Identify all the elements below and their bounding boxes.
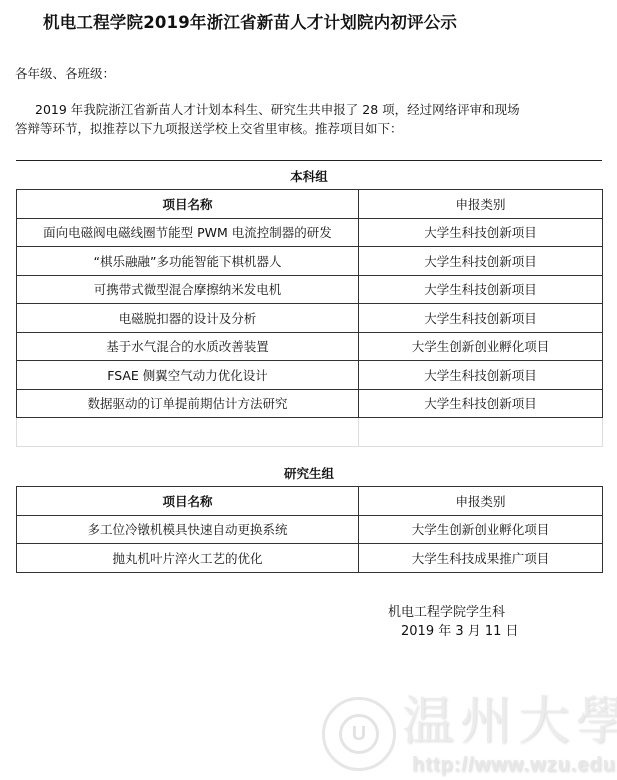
empty-row — [17, 418, 603, 447]
table-header-row: 项目名称 申报类别 — [17, 487, 603, 516]
table-row: 抛丸机叶片淬火工艺的优化 大学生科技成果推广项目 — [17, 544, 603, 573]
watermark-url: http://www.wzu.edu.cn — [412, 754, 617, 777]
divider — [16, 160, 602, 161]
intro-line-1: 2019 年我院浙江省新苗人才计划本科生、研究生共申报了 28 项，经过网络评审… — [15, 100, 535, 119]
watermark-name: 温州大學 — [402, 692, 617, 752]
graduate-heading: 研究生组 — [16, 464, 602, 482]
project-category: 大学生科技创新项目 — [359, 389, 603, 418]
project-category: 大学生创新创业孵化项目 — [359, 515, 603, 544]
intro-line-2: 答辩等环节，拟推荐以下九项报送学校上交省里审核。推荐项目如下： — [15, 119, 535, 138]
table-row: 可携带式微型混合摩擦纳米发电机 大学生科技创新项目 — [17, 275, 603, 304]
column-header-name: 项目名称 — [17, 190, 359, 219]
intro-paragraph: 2019 年我院浙江省新苗人才计划本科生、研究生共申报了 28 项，经过网络评审… — [15, 100, 535, 138]
table-row: 基于水气混合的水质改善装置 大学生创新创业孵化项目 — [17, 332, 603, 361]
page-title: 机电工程学院2019年浙江省新苗人才计划院内初评公示 — [43, 9, 457, 33]
project-category: 大学生科技创新项目 — [359, 218, 603, 247]
project-name: 抛丸机叶片淬火工艺的优化 — [17, 544, 359, 573]
table-row: 面向电磁阀电磁线圈节能型 PWM 电流控制器的研发 大学生科技创新项目 — [17, 218, 603, 247]
undergraduate-table: 项目名称 申报类别 面向电磁阀电磁线圈节能型 PWM 电流控制器的研发 大学生科… — [16, 189, 603, 447]
project-category: 大学生科技创新项目 — [359, 275, 603, 304]
university-watermark: U 温州大學 http://www.wzu.edu.cn — [318, 690, 617, 780]
project-name: FSAE 侧翼空气动力优化设计 — [17, 361, 359, 390]
table-row: 电磁脱扣器的设计及分析 大学生科技创新项目 — [17, 304, 603, 333]
project-name: “棋乐融融”多功能智能下棋机器人 — [17, 247, 359, 276]
project-name: 电磁脱扣器的设计及分析 — [17, 304, 359, 333]
empty-cell — [359, 418, 603, 447]
project-name: 面向电磁阀电磁线圈节能型 PWM 电流控制器的研发 — [17, 218, 359, 247]
table-header-row: 项目名称 申报类别 — [17, 190, 603, 219]
project-name: 基于水气混合的水质改善装置 — [17, 332, 359, 361]
university-seal-icon: U — [322, 697, 396, 771]
greeting: 各年级、各班级： — [15, 64, 115, 82]
project-category: 大学生科技创新项目 — [359, 247, 603, 276]
graduate-table: 项目名称 申报类别 多工位冷镦机模具快速自动更换系统 大学生创新创业孵化项目 抛… — [16, 486, 603, 573]
project-name: 数据驱动的订单提前期估计方法研究 — [17, 389, 359, 418]
project-name: 多工位冷镦机模具快速自动更换系统 — [17, 515, 359, 544]
project-category: 大学生科技创新项目 — [359, 304, 603, 333]
project-category: 大学生科技成果推广项目 — [359, 544, 603, 573]
column-header-category: 申报类别 — [359, 487, 603, 516]
signature-date: 2019 年 3 月 11 日 — [401, 620, 519, 639]
project-name: 可携带式微型混合摩擦纳米发电机 — [17, 275, 359, 304]
column-header-name: 项目名称 — [17, 487, 359, 516]
table-row: FSAE 侧翼空气动力优化设计 大学生科技创新项目 — [17, 361, 603, 390]
signature-org: 机电工程学院学生科 — [388, 601, 505, 620]
table-row: 多工位冷镦机模具快速自动更换系统 大学生创新创业孵化项目 — [17, 515, 603, 544]
seal-monogram: U — [339, 714, 379, 754]
column-header-category: 申报类别 — [359, 190, 603, 219]
table-row: “棋乐融融”多功能智能下棋机器人 大学生科技创新项目 — [17, 247, 603, 276]
empty-cell — [17, 418, 359, 447]
project-category: 大学生科技创新项目 — [359, 361, 603, 390]
project-category: 大学生创新创业孵化项目 — [359, 332, 603, 361]
undergraduate-heading: 本科组 — [16, 167, 602, 185]
table-row: 数据驱动的订单提前期估计方法研究 大学生科技创新项目 — [17, 389, 603, 418]
